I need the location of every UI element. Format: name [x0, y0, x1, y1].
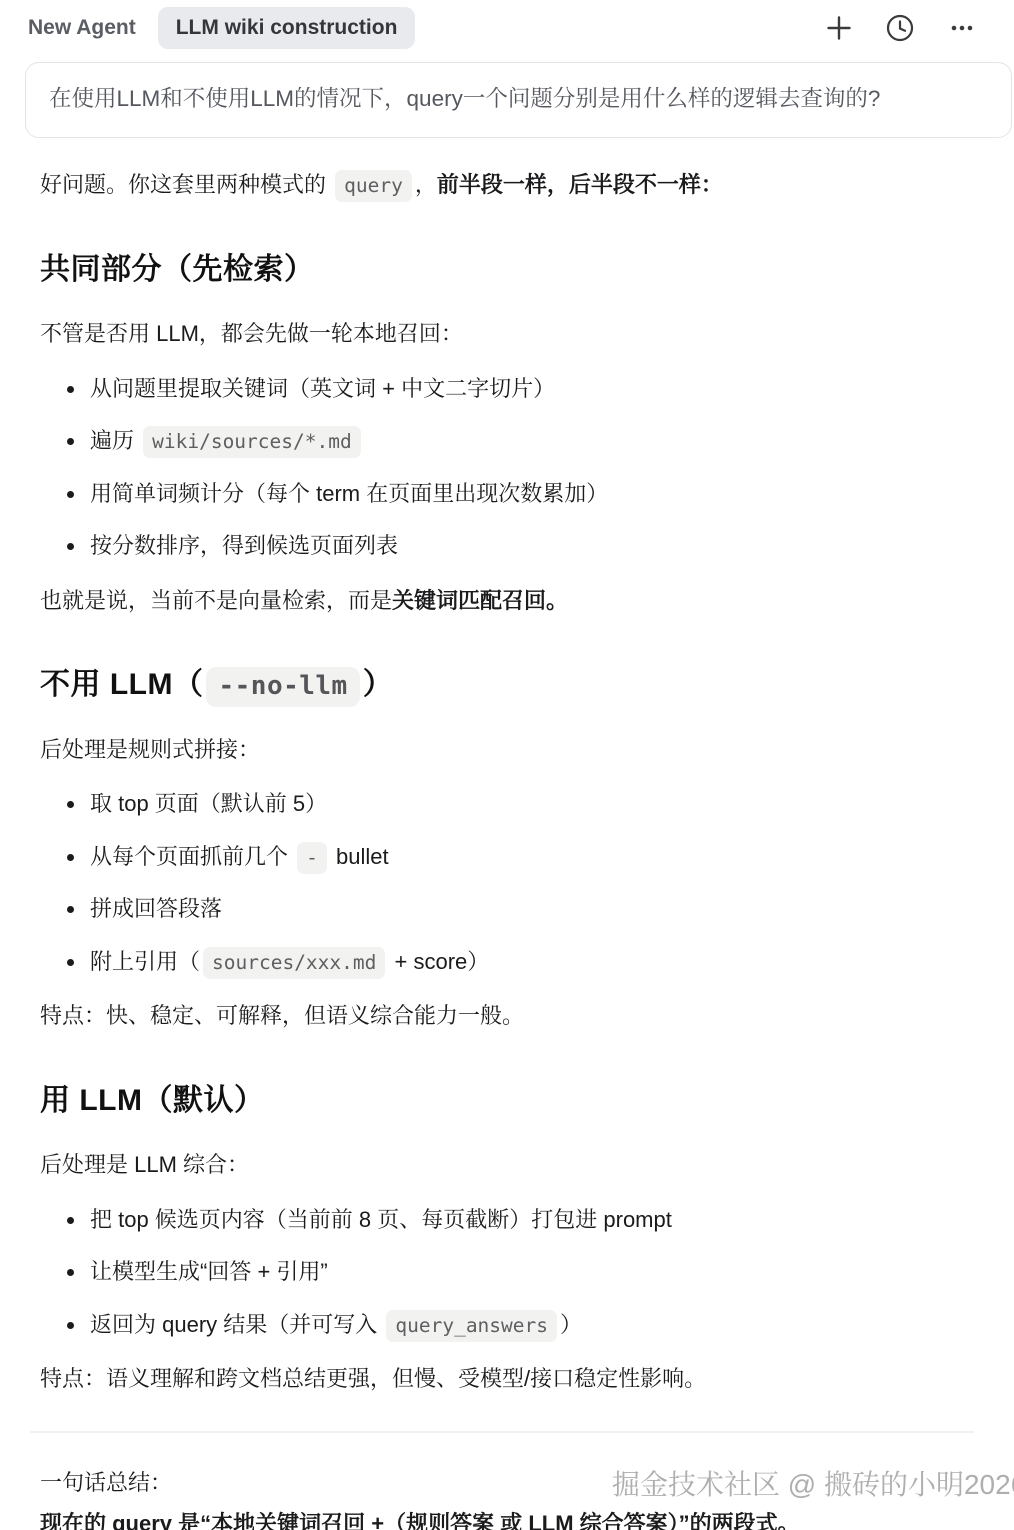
bullet-item: 返回为 query 结果（并可写入 query_answers） [90, 1311, 984, 1339]
bullet-item: 按分数排序，得到候选页面列表 [90, 532, 984, 560]
bullet-list: 从问题里提取关键词（英文词 + 中文二字切片）遍历 wiki/sources/*… [40, 375, 984, 560]
text: 让模型生成“回答 + 引用” [90, 1259, 328, 1284]
answer-paragraph: 后处理是 LLM 综合： [40, 1151, 984, 1179]
answer-paragraph: 也就是说，当前不是向量检索，而是关键词匹配召回。 [40, 587, 984, 615]
bullet-item: 遍历 wiki/sources/*.md [90, 427, 984, 455]
answer-paragraph: 特点：快、稳定、可解释，但语义综合能力一般。 [40, 1002, 984, 1030]
assistant-answer: 好问题。你这套里两种模式的 query，前半段一样，后半段不一样：共同部分（先检… [40, 171, 984, 1530]
more-ellipsis-icon[interactable] [944, 11, 980, 45]
bullet-item: 取 top 页面（默认前 5） [90, 790, 984, 818]
tab-llm-wiki-construction[interactable]: LLM wiki construction [158, 7, 416, 49]
text: 取 top 页面（默认前 5） [90, 791, 327, 816]
bold-text: 前半段一样，后半段不一样： [437, 172, 723, 197]
answer-paragraph: 一句话总结： [40, 1469, 984, 1497]
section-divider [30, 1431, 974, 1433]
header-icons [822, 11, 980, 45]
text: 也就是说，当前不是向量检索，而是 [40, 588, 392, 613]
text: ） [363, 668, 394, 701]
text: 用简单词频计分（每个 term 在页面里出现次数累加） [90, 481, 608, 506]
section-heading: 共同部分（先检索） [40, 251, 984, 289]
text: 把 top 候选页内容（当前前 8 页、每页截断）打包进 prompt [90, 1207, 672, 1232]
text: 不管是否用 LLM，都会先做一轮本地召回： [40, 321, 463, 346]
answer-paragraph: 后处理是规则式拼接： [40, 736, 984, 764]
text: 共同部分（先检索） [40, 253, 315, 286]
bullet-list: 把 top 候选页内容（当前前 8 页、每页截断）打包进 prompt让模型生成… [40, 1206, 984, 1339]
answer-paragraph: 不管是否用 LLM，都会先做一轮本地召回： [40, 320, 984, 348]
bullet-item: 附上引用（sources/xxx.md + score） [90, 948, 984, 976]
user-question-text: 在使用LLM和不使用LLM的情况下，query一个问题分别是用什么样的逻辑去查询… [49, 86, 880, 111]
text: 附上引用（ [90, 949, 200, 974]
text: 从问题里提取关键词（英文词 + 中文二字切片） [90, 376, 555, 401]
text: + score） [388, 949, 489, 974]
inline-code: query_answers [386, 1310, 557, 1342]
history-clock-icon[interactable] [883, 11, 917, 45]
section-heading: 不用 LLM（--no-llm） [40, 666, 984, 704]
text: 从每个页面抓前几个 [90, 844, 294, 869]
text: 遍历 [90, 428, 140, 453]
inline-code: --no-llm [206, 667, 359, 707]
bullet-item: 用简单词频计分（每个 term 在页面里出现次数累加） [90, 480, 984, 508]
bullet-item: 拼成回答段落 [90, 895, 984, 923]
new-chat-plus-icon[interactable] [822, 11, 856, 45]
text: bullet [330, 844, 389, 869]
text: 一句话总结： [40, 1470, 172, 1495]
bullet-list: 取 top 页面（默认前 5）从每个页面抓前几个 - bullet拼成回答段落附… [40, 790, 984, 975]
bullet-item: 让模型生成“回答 + 引用” [90, 1258, 984, 1286]
inline-code: wiki/sources/*.md [143, 426, 361, 458]
text: 后处理是规则式拼接： [40, 737, 260, 762]
bullet-item: 从问题里提取关键词（英文词 + 中文二字切片） [90, 375, 984, 403]
text: 拼成回答段落 [90, 896, 222, 921]
text: 用 LLM（默认） [40, 1084, 264, 1117]
inline-code: sources/xxx.md [203, 947, 385, 979]
inline-code: - [297, 842, 327, 874]
text: ， [415, 172, 437, 197]
bold-text: 现在的 query 是“本地关键词召回 +（规则答案 或 LLM 综合答案）”的… [40, 1511, 800, 1530]
text: 后处理是 LLM 综合： [40, 1152, 249, 1177]
bullet-item: 从每个页面抓前几个 - bullet [90, 843, 984, 871]
answer-paragraph: 现在的 query 是“本地关键词召回 +（规则答案 或 LLM 综合答案）”的… [40, 1510, 984, 1530]
answer-paragraph: 好问题。你这套里两种模式的 query，前半段一样，后半段不一样： [40, 171, 984, 199]
text: 特点：语义理解和跨文档总结更强，但慢、受模型/接口稳定性影响。 [40, 1366, 706, 1391]
text: 不用 LLM（ [40, 668, 203, 701]
inline-code: query [335, 170, 412, 202]
nav-label-new-agent[interactable]: New Agent [28, 16, 136, 40]
section-heading: 用 LLM（默认） [40, 1082, 984, 1120]
user-question-card: 在使用LLM和不使用LLM的情况下，query一个问题分别是用什么样的逻辑去查询… [25, 62, 1012, 138]
bold-text: 关键词匹配召回。 [392, 588, 568, 613]
answer-paragraph: 特点：语义理解和跨文档总结更强，但慢、受模型/接口稳定性影响。 [40, 1365, 984, 1393]
text: 返回为 query 结果（并可写入 [90, 1312, 383, 1337]
bullet-item: 把 top 候选页内容（当前前 8 页、每页截断）打包进 prompt [90, 1206, 984, 1234]
text: 特点：快、稳定、可解释，但语义综合能力一般。 [40, 1003, 524, 1028]
header-bar: New Agent LLM wiki construction [0, 0, 1014, 54]
text: 按分数排序，得到候选页面列表 [90, 533, 398, 558]
text: ） [560, 1312, 582, 1337]
text: 好问题。你这套里两种模式的 [40, 172, 332, 197]
